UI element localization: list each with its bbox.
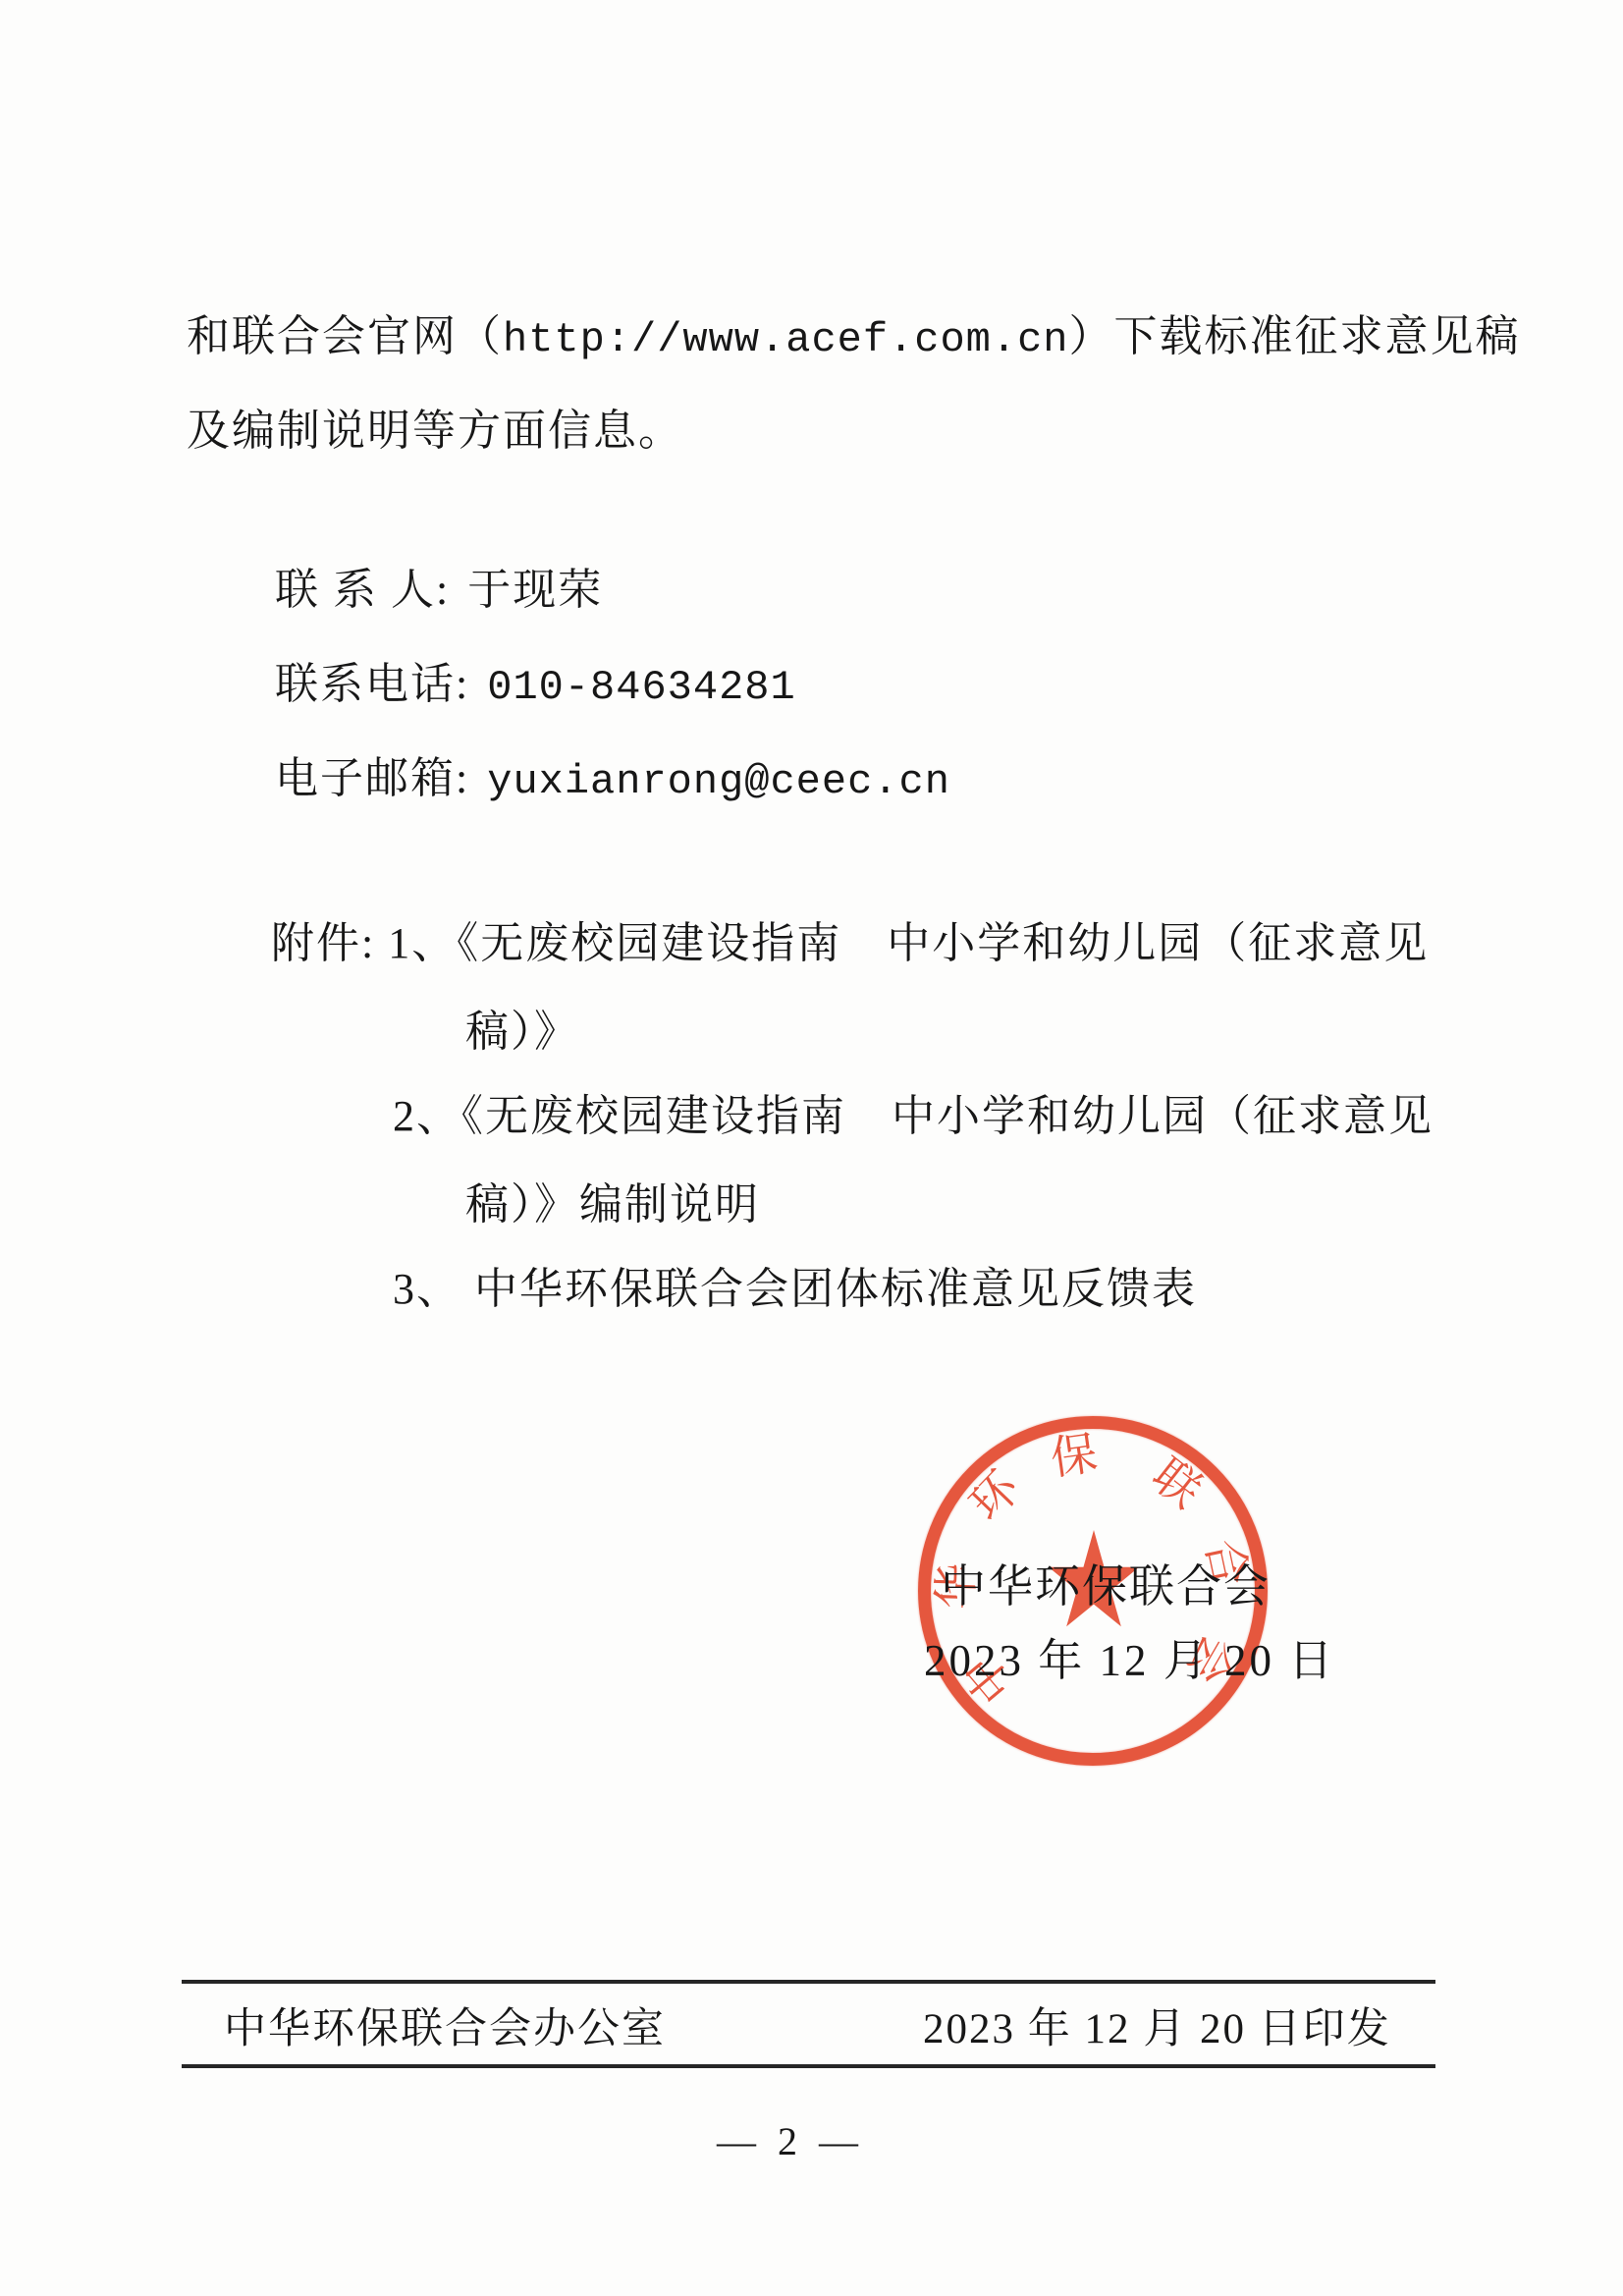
seal-arc-char: 保 [1048,1430,1101,1483]
contact-phone-row: 联系电话:010-84634281 [275,660,796,711]
page-number: — 2 — [0,2119,1581,2164]
body-line-1-post: ）下载标准征求意见稿 [1069,312,1521,360]
attachment-line: 稿）》编制说明 [465,1180,760,1230]
footer-office: 中华环保联合会办公室 [224,2005,666,2053]
body-line-1-url: http://www.acef.com.cn [503,316,1069,363]
contact-person-row: 联 系 人:于现荣 [275,566,603,616]
contact-phone-label: 联系电话: [275,660,469,708]
contact-person-label: 联 系 人: [275,566,450,614]
body-line-1-pre: 和联合会官网（ [187,312,503,360]
signature-date: 2023 年 12 月 20 日 [924,1636,1335,1687]
footer-rule-top [182,1980,1435,1984]
contact-person-value: 于现荣 [467,566,603,614]
attachment-line: 2、《无废校园建设指南 中小学和幼儿园（征求意见 [393,1092,1434,1142]
attachment-line: 3、 中华环保联合会团体标准意见反馈表 [393,1265,1197,1315]
signature-org: 中华环保联合会 [941,1561,1271,1613]
attachment-line: 附件: 1、《无废校园建设指南 中小学和幼儿园（征求意见 [271,919,1429,969]
attachment-line: 稿）》 [465,1008,579,1058]
contact-email-label: 电子邮箱: [275,754,469,802]
footer-rule-bottom [182,2064,1435,2068]
body-line-2: 及编制说明等方面信息。 [187,407,683,457]
body-line-1: 和联合会官网（http://www.acef.com.cn）下载标准征求意见稿 [187,312,1521,363]
contact-email-value: yuxianrong@ceec.cn [487,758,950,805]
document-page: 和联合会官网（http://www.acef.com.cn）下载标准征求意见稿 … [0,0,1623,2296]
contact-phone-value: 010-84634281 [487,664,795,711]
contact-email-row: 电子邮箱:yuxianrong@ceec.cn [275,754,950,805]
footer-issue-date: 2023 年 12 月 20 日印发 [923,2005,1391,2053]
